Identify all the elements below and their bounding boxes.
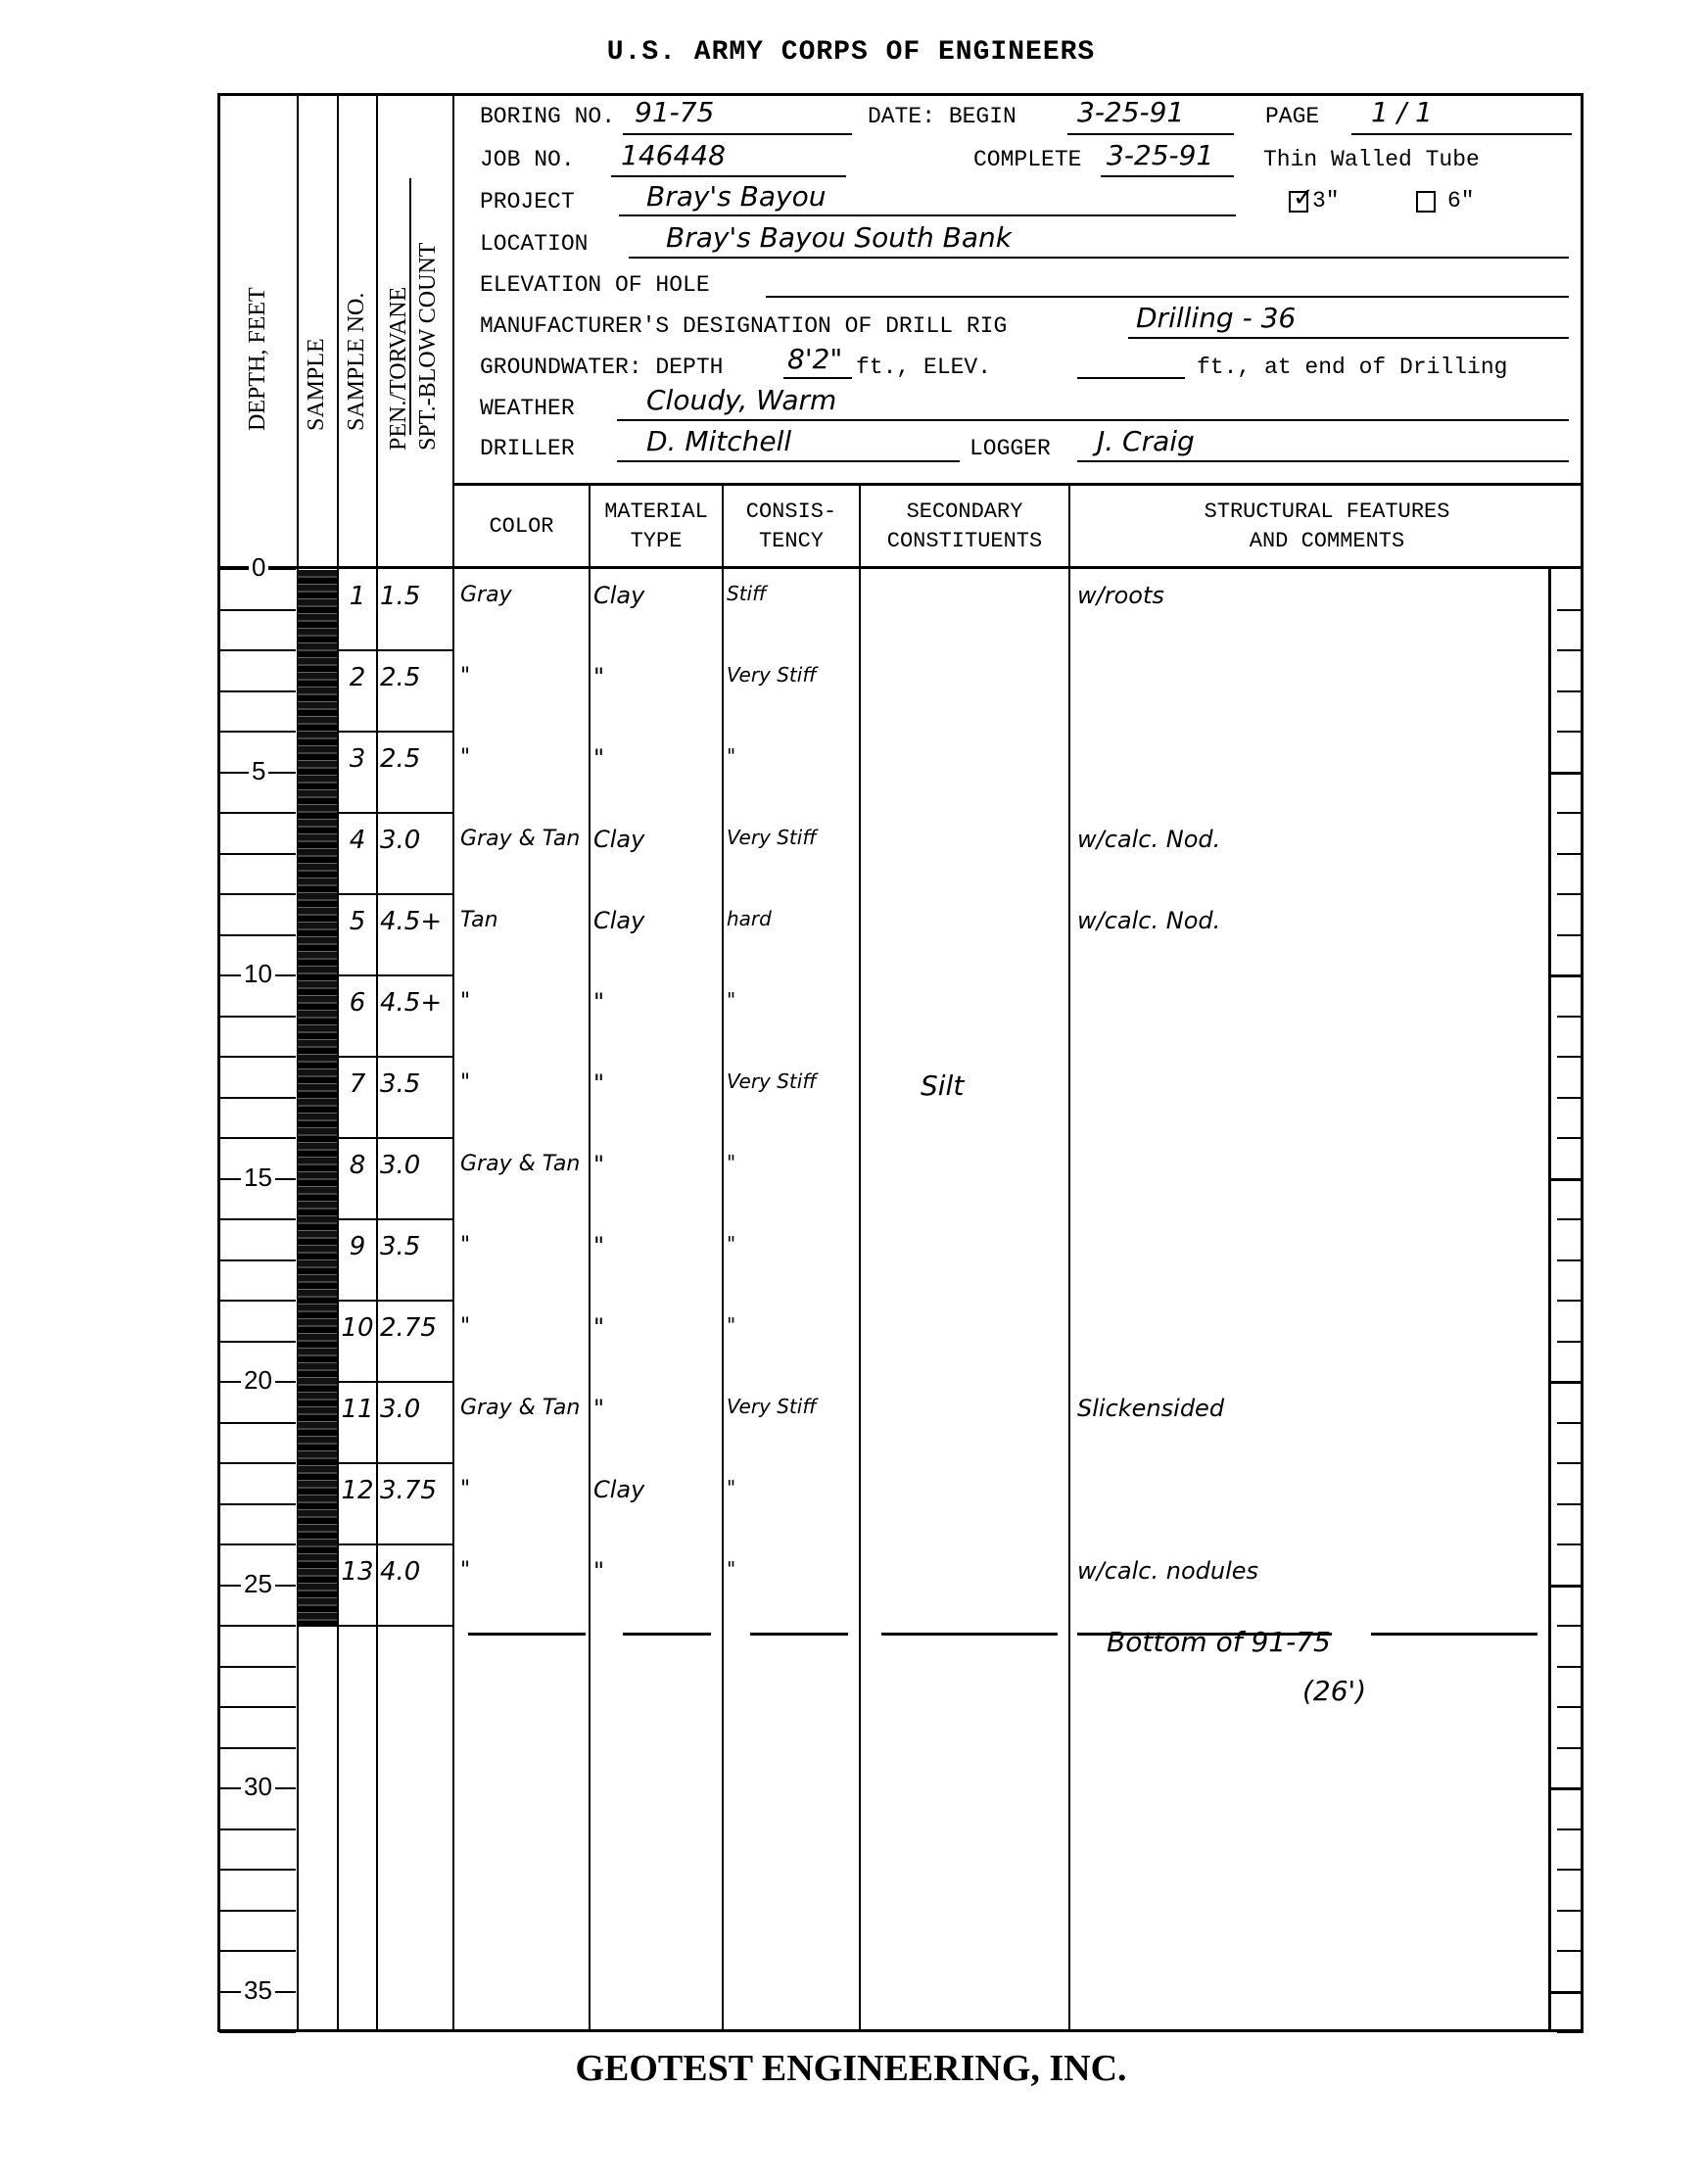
divider xyxy=(1068,483,1070,2032)
company-footer: GEOTEST ENGINEERING, INC. xyxy=(0,2047,1702,2090)
cell-consistency: " xyxy=(727,1559,858,1580)
field-underline xyxy=(1128,337,1569,339)
cell-color: " xyxy=(460,1071,588,1094)
logger-value[interactable]: J. Craig xyxy=(1097,425,1195,457)
divider xyxy=(722,483,724,2032)
weather-label: WEATHER xyxy=(480,396,575,421)
driller-label: DRILLER xyxy=(480,436,575,461)
sample-separator xyxy=(339,1056,452,1058)
cell-comments: w/calc. Nod. xyxy=(1077,909,1537,933)
cell-no: 7 xyxy=(339,1071,376,1098)
depth-tick-right xyxy=(1557,649,1584,651)
depth-tick-right xyxy=(1557,1625,1584,1627)
field-underline xyxy=(1101,175,1234,177)
cell-color: " xyxy=(460,1315,588,1338)
depth-label: 0 xyxy=(249,552,268,583)
tube-6in-label: 6" xyxy=(1447,188,1475,214)
drill-rig-value[interactable]: Drilling - 36 xyxy=(1136,302,1296,334)
end-of-log-mark xyxy=(1371,1633,1537,1636)
depth-tick-right xyxy=(1557,1666,1584,1668)
cell-consistency: Stiff xyxy=(727,584,858,604)
end-of-log-mark xyxy=(750,1633,848,1636)
cell-material: " xyxy=(593,990,721,1015)
depth-tick-right xyxy=(1557,1259,1584,1261)
depth-tick-right xyxy=(1550,1991,1584,1994)
divider xyxy=(337,93,339,2032)
sample-recovery-bar xyxy=(298,570,337,1627)
cell-consistency: Very Stiff xyxy=(727,665,858,686)
depth-tick xyxy=(219,812,296,814)
cell-color: " xyxy=(460,1478,588,1500)
sample-separator xyxy=(339,649,452,651)
depth-tick xyxy=(219,1828,296,1830)
fraction-bar xyxy=(409,178,411,435)
cell-material: " xyxy=(593,1071,721,1096)
cell-color: Gray & Tan xyxy=(460,828,588,850)
depth-tick xyxy=(219,2031,296,2033)
cell-consistency: " xyxy=(727,746,858,767)
depth-tick xyxy=(219,1706,296,1708)
depth-tick xyxy=(219,1137,296,1139)
depth-label: 30 xyxy=(241,1772,275,1802)
cell-secondary: Silt xyxy=(921,1071,1067,1100)
cell-color: Gray & Tan xyxy=(460,1153,588,1175)
cell-pen: 2.75 xyxy=(380,1315,452,1342)
depth-tick-right xyxy=(1550,1787,1584,1790)
cell-pen: 4.5+ xyxy=(380,909,452,935)
cell-no: 9 xyxy=(339,1234,376,1260)
cell-no: 11 xyxy=(339,1397,376,1423)
depth-tick xyxy=(219,1259,296,1261)
date-begin-value[interactable]: 3-25-91 xyxy=(1077,96,1184,128)
depth-label: 35 xyxy=(241,1975,275,2006)
sample-separator xyxy=(339,731,452,733)
sample-separator xyxy=(339,974,452,976)
depth-tick xyxy=(219,649,296,651)
sample-separator xyxy=(339,1137,452,1139)
depth-tick-right xyxy=(1557,1869,1584,1871)
cell-material: " xyxy=(593,1234,721,1258)
depth-tick xyxy=(219,1300,296,1302)
field-underline xyxy=(617,460,960,462)
depth-label: 15 xyxy=(241,1163,275,1193)
sample-separator xyxy=(339,1218,452,1220)
cell-no: 8 xyxy=(339,1153,376,1179)
sample-separator xyxy=(339,1543,452,1545)
bottom-of-boring-note: Bottom of 91-75 xyxy=(1107,1626,1331,1658)
cell-material: Clay xyxy=(593,909,721,933)
boring-no-value[interactable]: 91-75 xyxy=(635,96,714,128)
depth-tick xyxy=(219,1869,296,1871)
depth-label: 25 xyxy=(241,1569,275,1599)
depth-tick xyxy=(219,893,296,895)
cell-comments: w/calc. nodules xyxy=(1077,1559,1537,1584)
tube-3in-label: 3" xyxy=(1312,188,1340,214)
depth-tick-right xyxy=(1557,1218,1584,1220)
depth-tick xyxy=(219,609,296,611)
drill-rig-label: MANUFACTURER'S DESIGNATION OF DRILL RIG xyxy=(480,313,1007,339)
depth-tick-right xyxy=(1557,934,1584,936)
tube-3in-checkbox[interactable]: ✓ xyxy=(1289,191,1308,213)
cell-no: 12 xyxy=(339,1478,376,1504)
tube-label: Thin Walled Tube xyxy=(1263,147,1480,172)
groundwater-unit-label: ft., ELEV. xyxy=(856,355,991,380)
project-label: PROJECT xyxy=(480,189,575,214)
cell-material: " xyxy=(593,746,721,771)
depth-tick-right xyxy=(1557,1341,1584,1343)
cell-material: " xyxy=(593,1315,721,1340)
depth-tick-right xyxy=(1550,974,1584,977)
field-underline xyxy=(619,214,1236,216)
cell-color: Gray & Tan xyxy=(460,1397,588,1419)
project-value[interactable]: Bray's Bayou xyxy=(646,180,826,213)
divider xyxy=(1548,568,1551,2032)
field-underline xyxy=(617,419,1569,421)
end-of-log-mark xyxy=(881,1633,1058,1636)
depth-column-header: DEPTH, FEET xyxy=(245,287,271,431)
depth-tick xyxy=(219,1747,296,1749)
pen-torvane-header: PEN./TORVANE xyxy=(386,287,412,451)
cell-material: Clay xyxy=(593,828,721,852)
cell-pen: 3.0 xyxy=(380,1153,452,1179)
date-begin-label: DATE: BEGIN xyxy=(868,104,1016,129)
cell-color: " xyxy=(460,990,588,1013)
job-no-value[interactable]: 146448 xyxy=(621,139,726,171)
depth-tick-right xyxy=(1557,812,1584,814)
cell-pen: 3.0 xyxy=(380,1397,452,1423)
cell-color: Gray xyxy=(460,584,588,606)
sample-separator xyxy=(339,812,452,814)
cell-no: 1 xyxy=(339,584,376,610)
depth-tick-right xyxy=(1557,853,1584,855)
sample-separator xyxy=(339,1462,452,1464)
cell-material: " xyxy=(593,1153,721,1177)
cell-comments: Slickensided xyxy=(1077,1397,1537,1421)
structural-features-column-header: STRUCTURAL FEATURESAND COMMENTS xyxy=(1070,498,1584,556)
depth-tick xyxy=(219,1341,296,1343)
field-underline xyxy=(766,296,1569,298)
depth-tick-right xyxy=(1557,1828,1584,1830)
field-underline xyxy=(1067,133,1234,135)
depth-tick xyxy=(219,690,296,692)
field-underline xyxy=(1077,460,1569,462)
depth-tick-right xyxy=(1557,1056,1584,1058)
groundwater-label: GROUNDWATER: DEPTH xyxy=(480,355,723,380)
field-underline xyxy=(1351,133,1572,135)
field-underline xyxy=(611,175,846,177)
cell-material: " xyxy=(593,1559,721,1584)
depth-tick-right xyxy=(1550,1585,1584,1588)
cell-consistency: " xyxy=(727,990,858,1011)
cell-pen: 1.5 xyxy=(380,584,452,610)
cell-color: " xyxy=(460,1559,588,1582)
cell-consistency: Very Stiff xyxy=(727,1071,858,1092)
weather-value[interactable]: Cloudy, Warm xyxy=(646,384,836,416)
depth-tick-right xyxy=(1550,1381,1584,1384)
end-of-log-mark xyxy=(468,1633,586,1636)
depth-tick-right xyxy=(1557,609,1584,611)
cell-no: 13 xyxy=(339,1559,376,1586)
depth-label: 10 xyxy=(241,959,275,989)
depth-tick-right xyxy=(1557,2031,1584,2033)
cell-pen: 3.0 xyxy=(380,828,452,854)
cell-no: 10 xyxy=(339,1315,376,1342)
depth-tick xyxy=(219,1422,296,1424)
cell-consistency: " xyxy=(727,1234,858,1255)
depth-tick-right xyxy=(1550,772,1584,775)
depth-tick xyxy=(219,934,296,936)
cell-material: " xyxy=(593,665,721,689)
cell-consistency: " xyxy=(727,1153,858,1173)
cell-color: Tan xyxy=(460,909,588,931)
driller-value[interactable]: D. Mitchell xyxy=(646,425,791,457)
consistency-column-header: CONSIS-TENCY xyxy=(724,498,859,556)
color-column-header: COLOR xyxy=(454,512,589,542)
cell-consistency: " xyxy=(727,1315,858,1336)
depth-tick-right xyxy=(1557,1910,1584,1912)
cell-no: 4 xyxy=(339,828,376,854)
page-label: PAGE xyxy=(1265,104,1319,129)
cell-no: 5 xyxy=(339,909,376,935)
depth-tick-right xyxy=(1557,1137,1584,1139)
cell-material: " xyxy=(593,1397,721,1421)
depth-tick xyxy=(219,1462,296,1464)
depth-tick-right xyxy=(1557,1300,1584,1302)
cell-comments: w/calc. Nod. xyxy=(1077,828,1537,852)
cell-color: " xyxy=(460,665,588,688)
groundwater-end-label: ft., at end of Drilling xyxy=(1197,355,1507,380)
cell-consistency: hard xyxy=(727,909,858,929)
depth-tick xyxy=(219,1950,296,1952)
page-value[interactable]: 1 / 1 xyxy=(1371,96,1433,128)
cell-consistency: Very Stiff xyxy=(727,828,858,848)
depth-tick xyxy=(219,1666,296,1668)
depth-tick-right xyxy=(1557,690,1584,692)
location-label: LOCATION xyxy=(480,231,588,257)
sample-separator xyxy=(339,893,452,895)
depth-tick-right xyxy=(1557,1097,1584,1099)
field-underline xyxy=(629,257,1569,259)
divider xyxy=(589,483,591,2032)
depth-tick-right xyxy=(1557,1503,1584,1505)
cell-color: " xyxy=(460,1234,588,1257)
location-value[interactable]: Bray's Bayou South Bank xyxy=(666,221,1012,254)
date-complete-value[interactable]: 3-25-91 xyxy=(1107,139,1213,171)
cell-color: " xyxy=(460,746,588,769)
depth-tick-right xyxy=(1557,1543,1584,1545)
depth-label: 5 xyxy=(249,756,268,786)
tube-6in-checkbox[interactable] xyxy=(1416,191,1436,213)
end-of-log-mark xyxy=(623,1633,711,1636)
groundwater-depth-value[interactable]: 8'2" xyxy=(787,343,842,375)
depth-tick-right xyxy=(1557,1706,1584,1708)
cell-pen: 2.5 xyxy=(380,665,452,691)
depth-tick xyxy=(219,1097,296,1099)
checkmark-icon: ✓ xyxy=(1293,183,1314,213)
cell-pen: 3.5 xyxy=(380,1071,452,1098)
date-complete-label: COMPLETE xyxy=(973,147,1081,172)
divider xyxy=(859,483,861,2032)
boring-no-label: BORING NO. xyxy=(480,104,615,129)
sample-separator xyxy=(339,1300,452,1302)
depth-label: 20 xyxy=(241,1365,275,1396)
cell-material: Clay xyxy=(593,584,721,608)
cell-pen: 4.5+ xyxy=(380,990,452,1017)
cell-pen: 4.0 xyxy=(380,1559,452,1586)
depth-tick-right xyxy=(1557,1016,1584,1018)
cell-no: 6 xyxy=(339,990,376,1017)
depth-tick xyxy=(219,1910,296,1912)
cell-material: Clay xyxy=(593,1478,721,1502)
depth-tick xyxy=(219,731,296,733)
depth-tick xyxy=(219,1543,296,1545)
cell-pen: 3.75 xyxy=(380,1478,452,1504)
cell-consistency: Very Stiff xyxy=(727,1397,858,1417)
depth-tick xyxy=(219,1503,296,1505)
job-no-label: JOB NO. xyxy=(480,147,575,172)
depth-tick-right xyxy=(1557,1747,1584,1749)
cell-no: 3 xyxy=(339,746,376,773)
depth-tick-right xyxy=(1557,731,1584,733)
field-underline xyxy=(1077,377,1185,379)
depth-tick xyxy=(219,853,296,855)
sample-column-header: SAMPLE xyxy=(304,338,330,431)
cell-no: 2 xyxy=(339,665,376,691)
depth-tick-right xyxy=(1557,1422,1584,1424)
sample-separator xyxy=(339,1625,452,1627)
secondary-constituents-column-header: SECONDARYCONSTITUENTS xyxy=(861,498,1068,556)
depth-tick xyxy=(219,1056,296,1058)
depth-tick xyxy=(219,1016,296,1018)
field-underline xyxy=(623,133,852,135)
cell-pen: 2.5 xyxy=(380,746,452,773)
divider xyxy=(376,93,378,2032)
depth-tick xyxy=(219,1218,296,1220)
depth-tick-right xyxy=(1550,1178,1584,1181)
page-title: U.S. ARMY CORPS OF ENGINEERS xyxy=(0,37,1702,68)
divider xyxy=(217,566,1584,569)
material-type-column-header: MATERIALTYPE xyxy=(591,498,722,556)
field-underline xyxy=(783,377,852,379)
sample-separator xyxy=(339,1381,452,1383)
logger-label: LOGGER xyxy=(969,436,1051,461)
elevation-label: ELEVATION OF HOLE xyxy=(480,272,710,298)
spt-blow-count-header: SPT.-BLOW COUNT xyxy=(415,243,442,451)
divider xyxy=(452,93,454,2032)
depth-tick-right xyxy=(1557,1462,1584,1464)
sample-no-column-header: SAMPLE NO. xyxy=(344,293,370,431)
cell-comments: w/roots xyxy=(1077,584,1537,608)
cell-consistency: " xyxy=(727,1478,858,1498)
divider xyxy=(452,483,1584,486)
depth-tick-right xyxy=(1557,1950,1584,1952)
depth-tick xyxy=(219,1625,296,1627)
depth-tick-right xyxy=(1557,893,1584,895)
bottom-depth-note: (26') xyxy=(1302,1675,1366,1707)
cell-pen: 3.5 xyxy=(380,1234,452,1260)
